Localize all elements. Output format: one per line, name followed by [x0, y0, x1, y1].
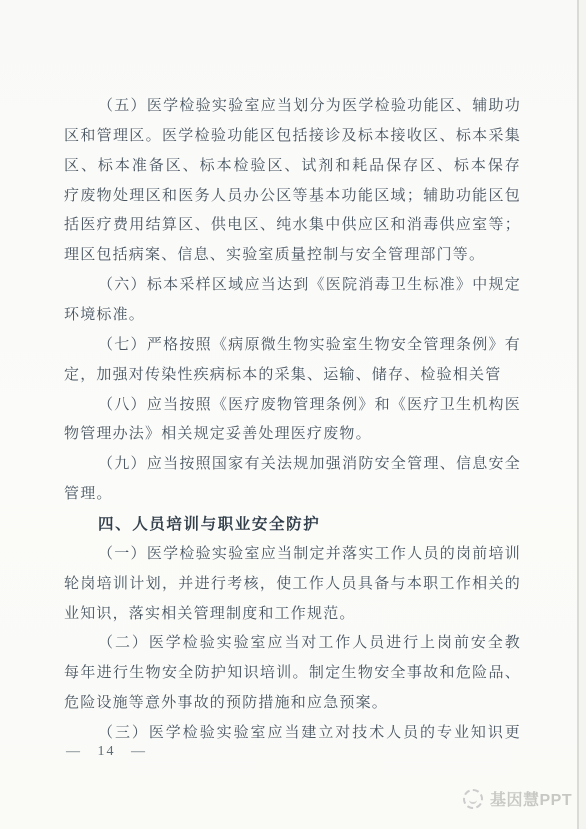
text-line: 业知识，落实相关管理制度和工作规范。	[64, 600, 521, 630]
text-line: 环境标准。	[64, 301, 521, 331]
page-number: — 14 —	[66, 744, 147, 760]
text-line: 每年进行生物安全防护知识培训。制定生物安全事故和危险品、	[64, 659, 521, 689]
text-line: （七）严格按照《病原微生物实验室生物安全管理条例》有关规	[64, 331, 521, 361]
watermark-label: 基因慧PPT	[490, 787, 572, 810]
section-heading: 四、人员培训与职业安全防护	[64, 510, 521, 540]
text-line: 理区包括病案、信息、实验室质量控制与安全管理部门等。	[64, 241, 521, 271]
text-line: 区和管理区。医学检验功能区包括接诊及标本接收区、标本采集	[64, 122, 521, 152]
document-body: （五）医学检验实验室应当划分为医学检验功能区、辅助功能区和管理区。医学检验功能区…	[64, 92, 521, 749]
text-line: 管理。	[64, 480, 521, 510]
text-line: （八）应当按照《医疗废物管理条例》和《医疗卫生机构医疗废	[64, 391, 521, 421]
genehui-logo-icon	[463, 789, 483, 809]
text-line: （二）医学检验实验室应当对工作人员进行上岗前安全教育，	[64, 629, 521, 659]
text-line: 疗废物处理区和医务人员办公区等基本功能区域；辅助功能区包	[64, 182, 521, 212]
text-line: 危险设施等意外事故的预防措施和应急预案。	[64, 689, 521, 719]
text-line: 区、标本准备区、标本检验区、试剂和耗品保存区、标本保存区、医	[64, 152, 521, 182]
watermark: 基因慧PPT	[463, 787, 572, 810]
text-line: 轮岗培训计划，并进行考核，使工作人员具备与本职工作相关的专	[64, 570, 521, 600]
scanned-document-page: （五）医学检验实验室应当划分为医学检验功能区、辅助功能区和管理区。医学检验功能区…	[0, 0, 586, 829]
text-line: （一）医学检验实验室应当制定并落实工作人员的岗前培训和	[64, 540, 521, 570]
page-edge-shadow	[577, 0, 579, 829]
text-line: 物管理办法》相关规定妥善处理医疗废物。	[64, 420, 521, 450]
text-line: 定，加强对传染性疾病标本的采集、运输、储存、检验相关管理。	[64, 361, 521, 391]
text-line: 括医疗费用结算区、供电区、纯水集中供应区和消毒供应室等；管	[64, 211, 521, 241]
text-line: （五）医学检验实验室应当划分为医学检验功能区、辅助功能	[64, 92, 521, 122]
text-line: （六）标本采样区域应当达到《医院消毒卫生标准》中规定Ⅱ类	[64, 271, 521, 301]
page-edge-strip	[579, 0, 586, 829]
text-line: （九）应当按照国家有关法规加强消防安全管理、信息安全	[64, 450, 521, 480]
